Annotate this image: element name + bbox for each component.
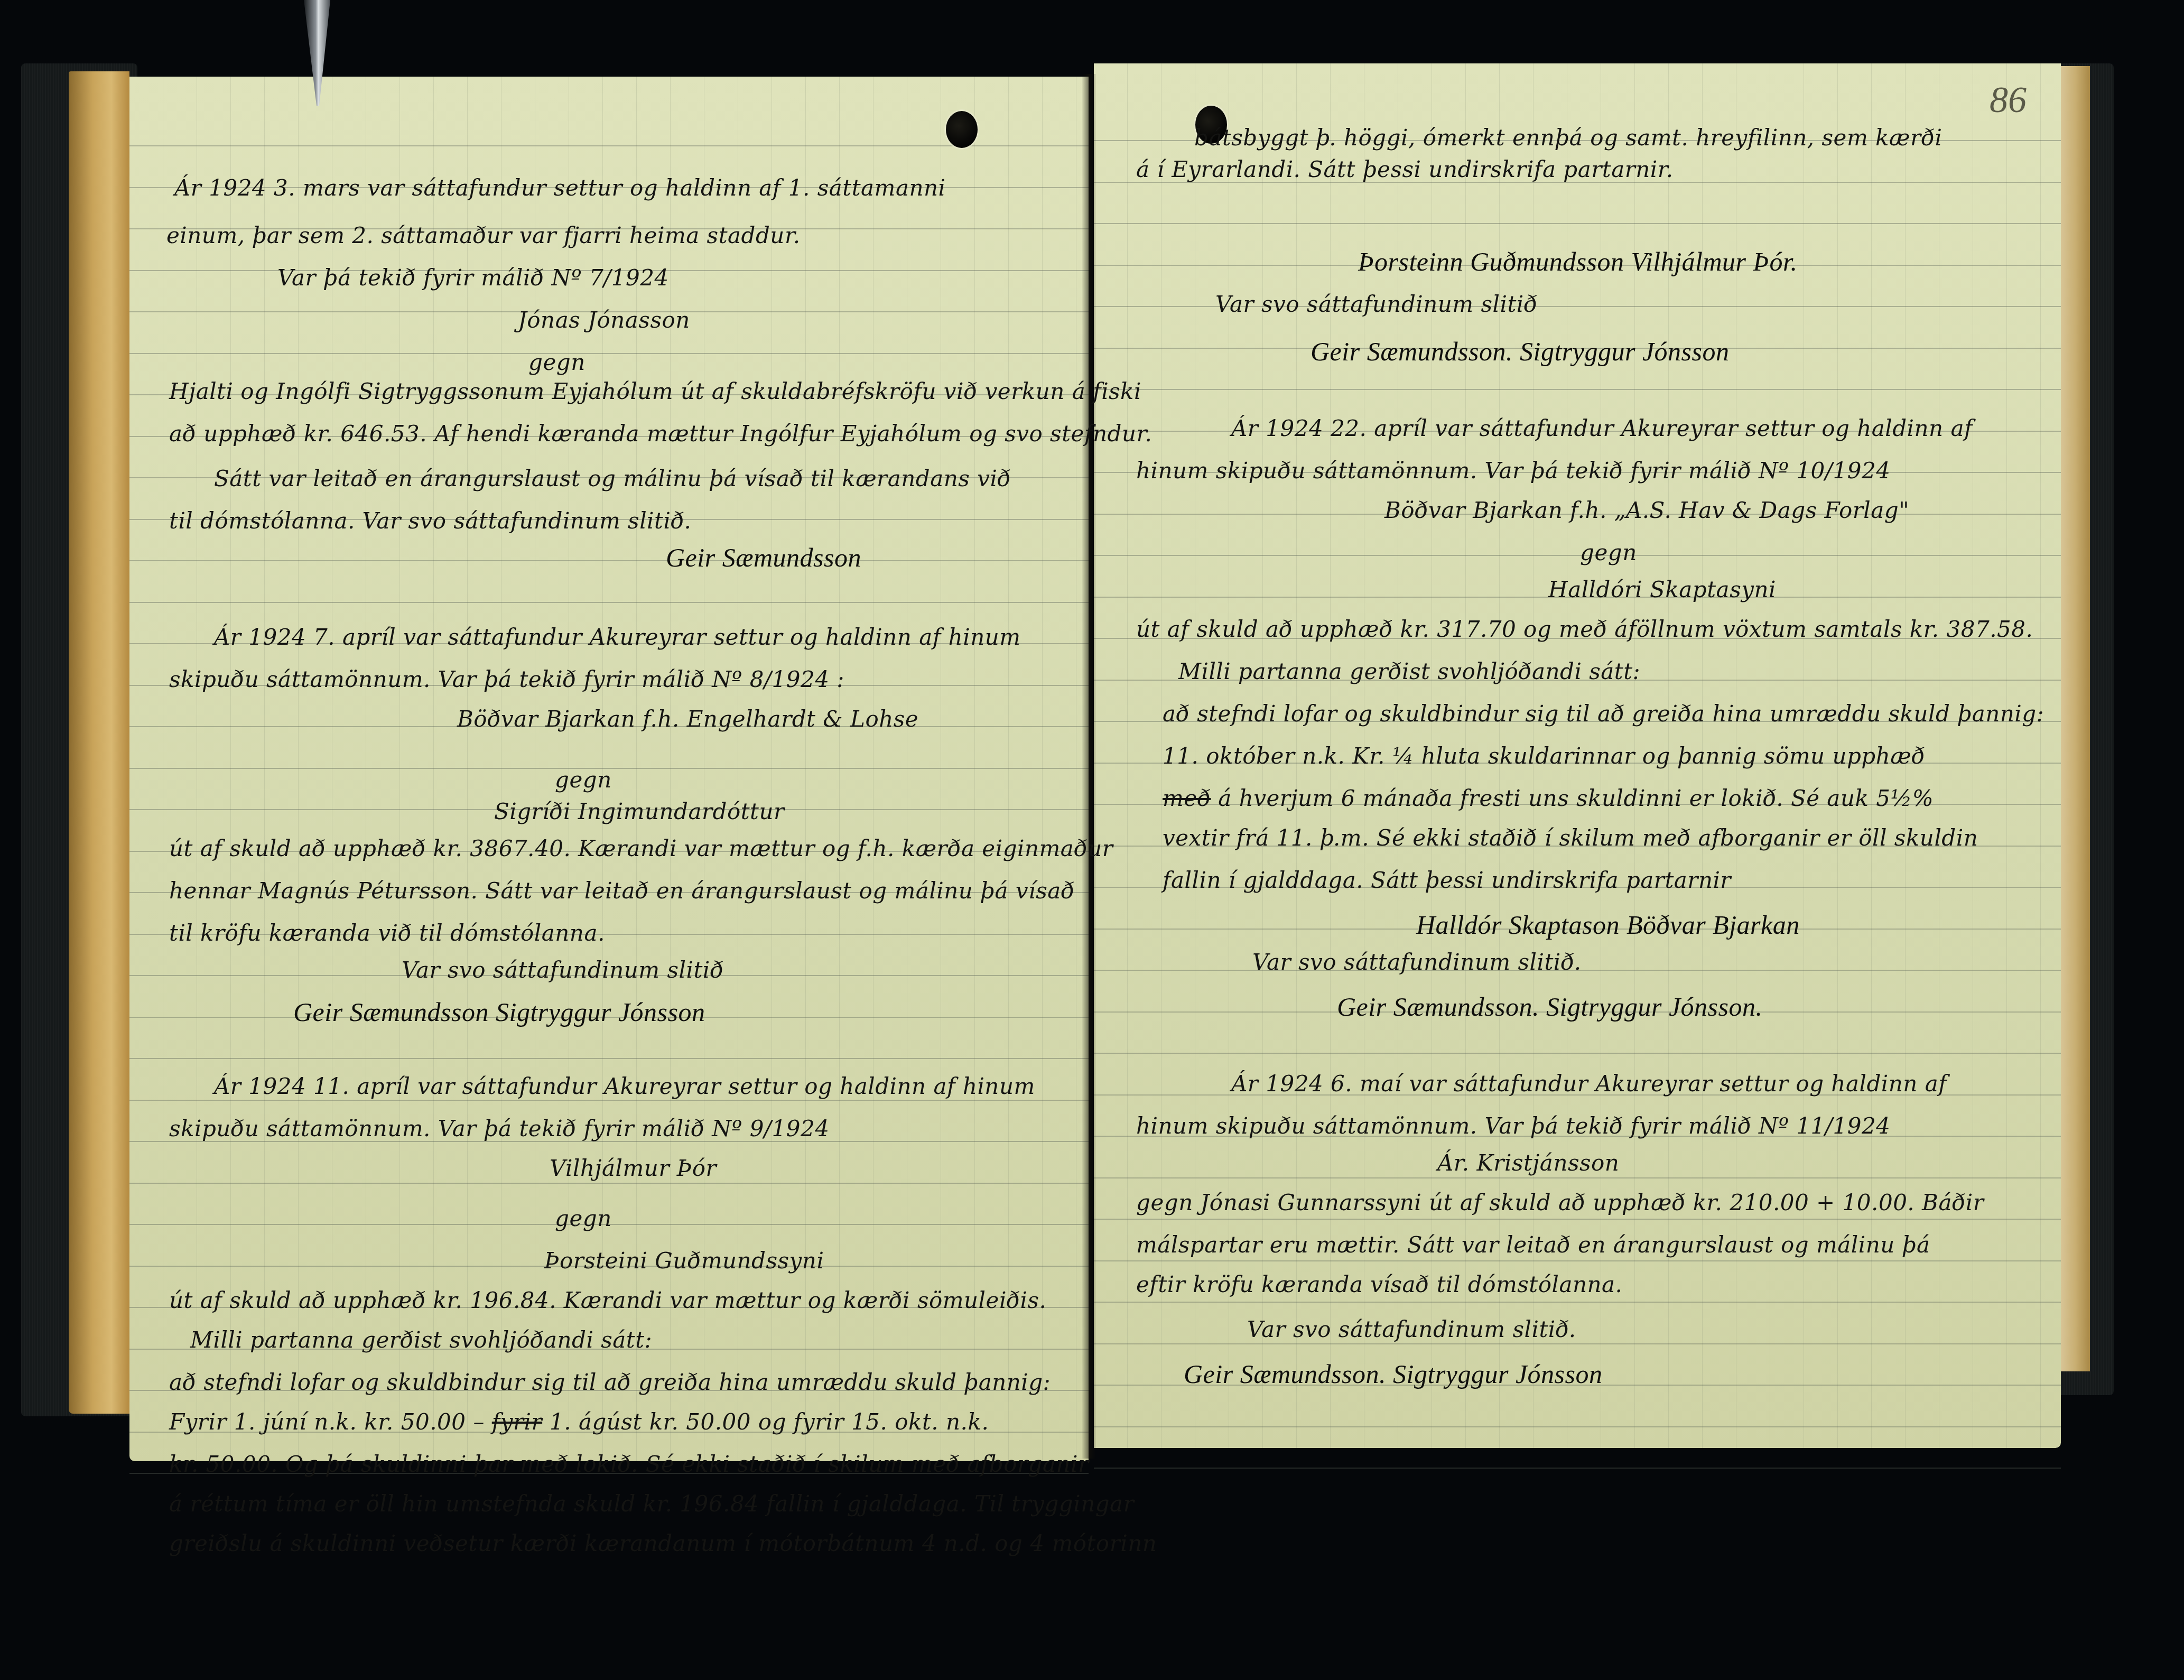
signature-line: Geir Sæmundsson Sigtryggur Jónsson [293,999,705,1025]
handwritten-line: vextir frá 11. þ.m. Sé ekki staðið í ski… [1163,827,1978,849]
handwritten-line: Ár 1924 7. apríl var sáttafundur Akureyr… [214,626,1021,648]
handwritten-line: Þorsteini Guðmundssyni [544,1250,824,1272]
ruled-line [1094,1219,2061,1220]
handwritten-line: Halldóri Skaptasyni [1548,579,1776,601]
handwritten-line: Ár 1924 11. apríl var sáttafundur Akurey… [214,1075,1035,1098]
handwritten-line: einum, þar sem 2. sáttamaður var fjarri … [166,225,801,247]
ruled-line [1094,1426,2061,1427]
handwritten-line: að upphæð kr. 646.53. Af hendi kæranda m… [169,423,1152,445]
handwritten-line: Hjalti og Ingólfi Sigtryggssonum Eyjahól… [169,380,1141,403]
handwritten-line: Var þá tekið fyrir málið Nº 7/1924 [277,267,669,289]
handwritten-line: eftir kröfu kæranda vísað til dómstólann… [1136,1274,1622,1296]
handwritten-line: Var svo sáttafundinum slitið [402,959,724,981]
handwritten-line: gegn [528,351,586,374]
handwritten-line: á réttum tíma er öll hin umstefnda skuld… [169,1493,1134,1515]
handwritten-line: út af skuld að upphæð kr. 3867.40. Kæran… [169,838,1113,860]
ruled-line [129,145,1089,146]
struck-word: fyrir [492,1409,542,1435]
ruled-line [1094,1260,2061,1261]
ruled-line [1094,223,2061,224]
page-edges-right [2061,66,2090,1371]
handwritten-line: Böðvar Bjarkan f.h. „A.S. Hav & Dags For… [1384,499,1909,522]
ruled-line [129,602,1089,603]
handwritten-line: út af skuld að upphæð kr. 196.84. Kærand… [169,1289,1046,1312]
handwritten-line: Ár 1924 3. mars var sáttafundur settur o… [174,177,945,199]
handwritten-line: til dómstólanna. Var svo sáttafundinum s… [169,510,691,532]
handwritten-line: gegn [555,1208,612,1230]
handwritten-line: á í Eyrarlandi. Sátt þessi undirskrifa p… [1136,159,1674,181]
handwritten-line: skipuðu sáttamönnum. Var þá tekið fyrir … [169,1118,829,1140]
handwritten-line: Ár 1924 6. maí var sáttafundur Akureyrar… [1231,1073,1947,1095]
handwritten-line: hennar Magnús Pétursson. Sátt var leitað… [169,880,1075,902]
handwritten-line: Var svo sáttafundinum slitið [1215,293,1538,315]
ruled-line [129,1183,1089,1184]
handwritten-line: til kröfu kæranda við til dómstólanna. [169,922,605,944]
handwritten-line: með á hverjum 6 mánaða fresti uns skuldi… [1163,787,1934,810]
page-edges-left [69,71,129,1414]
handwritten-line: bátsbyggt þ. höggi, ómerkt ennþá og samt… [1194,127,1942,149]
handwritten-line: 11. október n.k. Kr. ¼ hluta skuldarinna… [1163,745,1925,767]
signature-line: Geir Sæmundsson. Sigtryggur Jónsson [1311,338,1730,365]
handwritten-line: kr. 50.00. Og þá skuldinni þar með lokið… [169,1453,1089,1475]
handwritten-line: út af skuld að upphæð kr. 317.70 og með … [1136,618,2033,641]
handwritten-line: Milli partanna gerðist svohljóðandi sátt… [1178,661,1640,683]
handwritten-line: málspartar eru mættir. Sátt var leitað e… [1136,1234,1930,1256]
signature-line: Halldór Skaptason Böðvar Bjarkan [1416,912,1800,938]
handwritten-line: greiðslu á skuldinni veðsetur kærði kæra… [169,1533,1157,1555]
struck-word: með [1163,785,1211,811]
handwritten-line: Sátt var leitað en árangurslaust og máli… [214,468,1011,490]
handwritten-line: Jónas Jónasson [518,309,690,331]
handwritten-line: Böðvar Bjarkan f.h. Engelhardt & Lohse [457,708,918,730]
handwritten-line: Fyrir 1. júní n.k. kr. 50.00 – fyrir 1. … [169,1411,989,1433]
ruled-line [1094,1053,2061,1054]
handwritten-line: hinum skipuðu sáttamönnum. Var þá tekið … [1136,460,1890,482]
handwritten-line: Var svo sáttafundinum slitið. [1252,951,1582,973]
page-number: 86 [1990,79,2027,122]
signature-line: Þorsteinn Guðmundsson Vilhjálmur Þór. [1358,248,1798,275]
handwritten-line: Vilhjálmur Þór [550,1157,717,1180]
handwritten-line: að stefndi lofar og skuldbindur sig til … [1163,703,2044,725]
handwritten-line: að stefndi lofar og skuldbindur sig til … [169,1371,1051,1394]
ruled-line [129,353,1089,354]
signature-line: Geir Sæmundsson [666,544,861,571]
ruled-line [1094,1177,2061,1178]
handwritten-line: gegn [555,769,612,791]
ruled-line [1094,555,2061,556]
handwritten-line: hinum skipuðu sáttamönnum. Var þá tekið … [1136,1115,1890,1137]
punch-hole-left [946,111,978,148]
ruled-line [129,1100,1089,1101]
handwritten-line: fallin í gjalddaga. Sátt þessi undirskri… [1163,869,1731,892]
ruled-line [1094,1468,2061,1469]
signature-line: Geir Sæmundsson. Sigtryggur Jónsson. [1337,994,1763,1020]
ruled-line [1094,1343,2061,1344]
signature-line: Geir Sæmundsson. Sigtryggur Jónsson [1184,1361,1603,1387]
ruled-line [129,560,1089,561]
ruled-line [1094,389,2061,390]
handwritten-line: gegn Jónasi Gunnarssyni út af skuld að u… [1136,1192,1984,1214]
handwritten-line: gegn [1580,542,1637,564]
handwritten-line: skipuðu sáttamönnum. Var þá tekið fyrir … [169,669,844,691]
ruled-line [1094,1302,2061,1303]
handwritten-line: Ár. Kristjánsson [1437,1152,1619,1174]
handwritten-line: Milli partanna gerðist svohljóðandi sátt… [190,1329,652,1351]
handwritten-line: Var svo sáttafundinum slitið. [1247,1319,1576,1341]
handwritten-line: Sigríði Ingimundardóttur [494,801,785,823]
book-gutter [1082,74,1096,1459]
handwritten-line: Ár 1924 22. apríl var sáttafundur Akurey… [1231,417,1973,440]
ruled-line [129,1058,1089,1059]
